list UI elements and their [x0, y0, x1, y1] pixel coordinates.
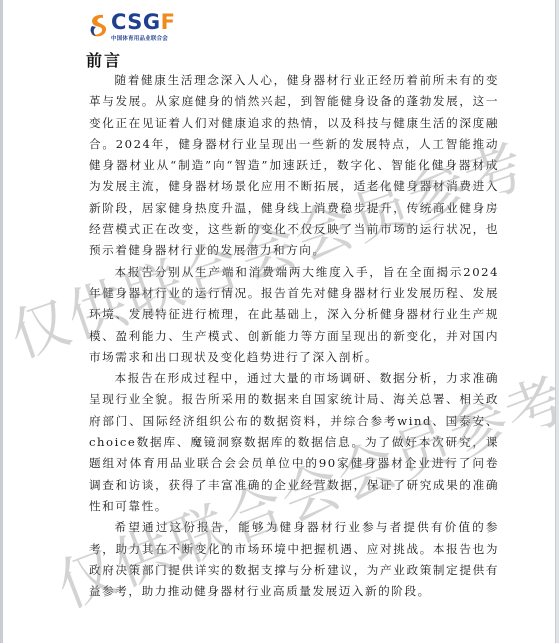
- paragraph-2: 本报告分别从生产端和消费端两大维度入手，旨在全面揭示2024年健身器材行业的运行…: [89, 262, 499, 368]
- document-page: CSGF 中国体育用品业联合会 前言 随着健康生活理念深入人心，健身器材行业正经…: [3, 0, 555, 643]
- csgf-swirl-logo-icon: [87, 12, 109, 38]
- page-title: 前言: [86, 48, 122, 71]
- csgf-logo: CSGF 中国体育用品业联合会: [87, 10, 197, 42]
- paragraph-1: 随着健康生活理念深入人心，健身器材行业正经历着前所未有的变革与发展。从家庭健身的…: [89, 70, 499, 262]
- logo-wordmark: CSGF: [111, 10, 176, 34]
- logo-wordmark-main: CSG: [111, 10, 161, 34]
- paragraph-3: 本报告在形成过程中，通过大量的市场调研、数据分析，力求准确呈现行业全貌。报告所采…: [89, 368, 499, 517]
- logo-subtitle: 中国体育用品业联合会: [111, 34, 168, 42]
- logo-wordmark-accent: F: [161, 10, 176, 34]
- paragraph-4: 希望通过这份报告，能够为健身器材行业参与者提供有价值的参考，助力其在不断变化的市…: [89, 517, 499, 602]
- page-right-edge: [555, 0, 559, 643]
- document-body: 随着健康生活理念深入人心，健身器材行业正经历着前所未有的变革与发展。从家庭健身的…: [89, 70, 499, 602]
